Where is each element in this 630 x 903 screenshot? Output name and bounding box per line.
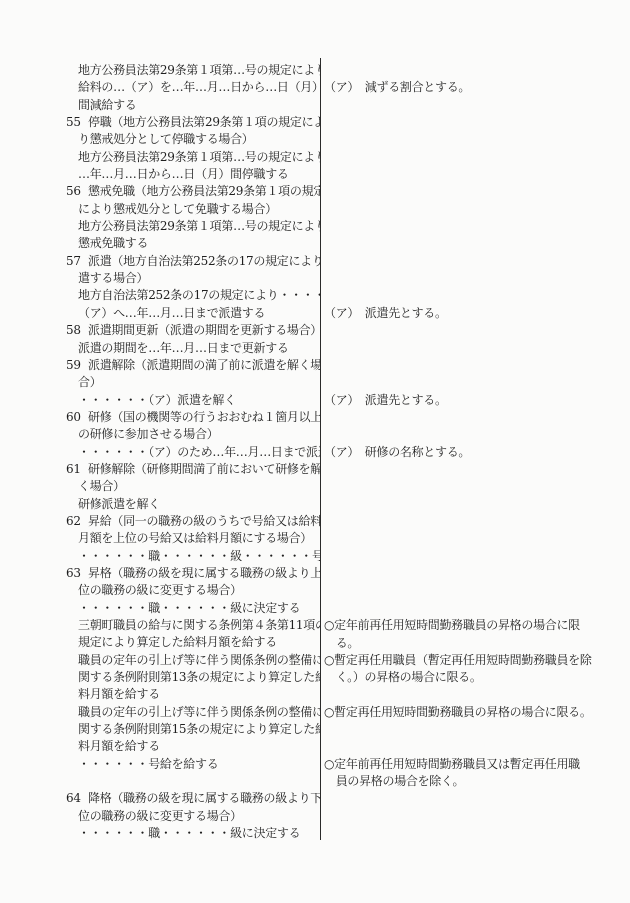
document-line: 職員の定年の引上げ等に伴う関係条例の整備に xyxy=(0,704,320,721)
document-line: 職員の定年の引上げ等に伴う関係条例の整備に xyxy=(0,652,320,669)
note-text: ○定年前再任用短時間勤務職員の昇格の場合に限 xyxy=(324,618,580,632)
line-text: 月額を上位の号給又は給料月額にする場合） xyxy=(78,530,312,547)
note-text: ○定年前再任用短時間勤務職員又は暫定再任用職 xyxy=(324,757,580,771)
document-line: 位の職務の級に変更する場合） xyxy=(0,582,320,599)
line-text: 懲戒免職（地方公務員法第29条第１項の規定 xyxy=(88,183,320,200)
document-line: 派遣の期間を…年…月…日まで更新する xyxy=(0,340,320,357)
item-number: 62 xyxy=(66,513,81,530)
line-text: 給料の…（ア）を…年…月…日から…日（月） xyxy=(78,79,320,96)
line-text: ・・・・・・職・・・・・・級に決定する xyxy=(78,825,300,842)
line-text: 地方公務員法第29条第１項第…号の規定により xyxy=(78,149,320,166)
line-text: 地方自治法第252条の17の規定により・・・・・・ xyxy=(78,287,320,304)
annotation-note: （ア） 派遣先とする。 xyxy=(324,305,447,322)
document-line: 遣する場合） xyxy=(0,270,320,287)
note-text: （ア） 研修の名称とする。 xyxy=(324,445,470,459)
annotation-note: る。 xyxy=(324,635,359,652)
note-text: く。）の昇格の場合に限る。 xyxy=(324,670,482,684)
line-text: の研修に参加させる場合） xyxy=(78,426,218,443)
document-line: 57 派遣（地方自治法第252条の17の規定により派 xyxy=(0,253,320,270)
line-text: 料月額を給する xyxy=(78,686,160,703)
document-line: ・・・・・・号給を給する xyxy=(0,756,320,773)
item-number: 59 xyxy=(66,357,81,374)
line-text: 関する条例附則第13条の規定により算定した給 xyxy=(78,669,320,686)
line-text: 停職（地方公務員法第29条第１項の規定によ xyxy=(88,114,320,131)
line-text: 職員の定年の引上げ等に伴う関係条例の整備に xyxy=(78,652,320,669)
item-number: 57 xyxy=(66,253,81,270)
document-line: 位の職務の級に変更する場合） xyxy=(0,808,320,825)
document-line: 月額を上位の号給又は給料月額にする場合） xyxy=(0,530,320,547)
annotation-note: （ア） 派遣先とする。 xyxy=(324,392,447,409)
document-line: …年…月…日から…日（月）間停職する xyxy=(0,166,320,183)
document-line: 55 停職（地方公務員法第29条第１項の規定によ xyxy=(0,114,320,131)
document-line: 63 昇格（職務の級を現に属する職務の級より上 xyxy=(0,565,320,582)
line-text: 研修派遣を解く xyxy=(78,496,160,513)
document-line: 三朝町職員の給与に関する条例第４条第11項の xyxy=(0,617,320,634)
item-number: 55 xyxy=(66,114,81,131)
line-text: 合） xyxy=(78,374,101,391)
line-text: 派遣（地方自治法第252条の17の規定により派 xyxy=(88,253,320,270)
document-line: （ア）へ…年…月…日まで派遣する xyxy=(0,305,320,322)
item-number: 64 xyxy=(66,790,81,807)
document-line: 懲戒免職する xyxy=(0,235,320,252)
note-text: （ア） 派遣先とする。 xyxy=(324,393,447,407)
line-text: 地方公務員法第29条第１項第…号の規定により xyxy=(78,62,320,79)
document-line: 地方公務員法第29条第１項第…号の規定により xyxy=(0,62,320,79)
document-line: 間減給する xyxy=(0,97,320,114)
document-line: 関する条例附則第13条の規定により算定した給 xyxy=(0,669,320,686)
line-text: 派遣期間更新（派遣の期間を更新する場合） xyxy=(88,322,320,339)
line-text: 料月額を給する xyxy=(78,738,160,755)
document-line: ・・・・・・職・・・・・・級に決定する xyxy=(0,825,320,842)
note-text: ○暫定再任用職員（暫定再任用短時間勤務職員を除 xyxy=(324,653,592,667)
note-text: 員の昇格の場合を除く。 xyxy=(324,774,464,788)
note-text: （ア） 派遣先とする。 xyxy=(324,306,447,320)
line-text: り懲戒処分として停職する場合） xyxy=(78,131,254,148)
document-line: 58 派遣期間更新（派遣の期間を更新する場合） xyxy=(0,322,320,339)
line-text: ・・・・・・号給を給する xyxy=(78,756,218,773)
annotation-note: ○暫定再任用短時間勤務職員の昇格の場合に限る。 xyxy=(324,704,592,721)
annotation-note: （ア） 研修の名称とする。 xyxy=(324,444,470,461)
line-text: 昇給（同一の職務の級のうちで号給又は給料 xyxy=(88,513,320,530)
line-text: 降格（職務の級を現に属する職務の級より下 xyxy=(88,790,320,807)
item-number: 60 xyxy=(66,409,81,426)
document-line: ・・・・・・（ア）派遣を解く xyxy=(0,392,320,409)
document-line: 関する条例附則第15条の規定により算定した給 xyxy=(0,721,320,738)
document-page: 地方公務員法第29条第１項第…号の規定により 給料の…（ア）を…年…月…日から…… xyxy=(0,0,630,903)
line-text: 昇格（職務の級を現に属する職務の級より上 xyxy=(88,565,320,582)
document-line: 56 懲戒免職（地方公務員法第29条第１項の規定 xyxy=(0,183,320,200)
line-text: ・・・・・・（ア）派遣を解く xyxy=(78,392,236,409)
document-line: により懲戒処分として免職する場合） xyxy=(0,201,320,218)
note-text: （ア） 減ずる割合とする。 xyxy=(324,80,470,94)
document-line: 料月額を給する xyxy=(0,686,320,703)
document-line xyxy=(0,773,320,790)
note-text: る。 xyxy=(324,636,359,650)
line-text: ・・・・・・（ア）のため…年…月…日まで派遣する xyxy=(78,444,320,461)
document-line: 研修派遣を解く xyxy=(0,496,320,513)
document-line: り懲戒処分として停職する場合） xyxy=(0,131,320,148)
document-line: 59 派遣解除（派遣期間の満了前に派遣を解く場 xyxy=(0,357,320,374)
document-line: 料月額を給する xyxy=(0,738,320,755)
document-line: 合） xyxy=(0,374,320,391)
document-line: 61 研修解除（研修期間満了前において研修を解 xyxy=(0,461,320,478)
line-text: 研修解除（研修期間満了前において研修を解 xyxy=(88,461,320,478)
document-line: 地方自治法第252条の17の規定により・・・・・・ xyxy=(0,287,320,304)
document-line: 地方公務員法第29条第１項第…号の規定により xyxy=(0,218,320,235)
line-text: ・・・・・・職・・・・・・級・・・・・・号給を給する xyxy=(78,548,320,565)
line-text: 遣する場合） xyxy=(78,270,148,287)
line-text: 地方公務員法第29条第１項第…号の規定により xyxy=(78,218,320,235)
note-text: ○暫定再任用短時間勤務職員の昇格の場合に限る。 xyxy=(324,705,592,719)
item-number: 58 xyxy=(66,322,81,339)
annotation-note: ○暫定再任用職員（暫定再任用短時間勤務職員を除 xyxy=(324,652,592,669)
annotation-note: く。）の昇格の場合に限る。 xyxy=(324,669,482,686)
line-text: 職員の定年の引上げ等に伴う関係条例の整備に xyxy=(78,704,320,721)
line-text: 関する条例附則第15条の規定により算定した給 xyxy=(78,721,320,738)
item-number: 56 xyxy=(66,183,81,200)
line-text: により懲戒処分として免職する場合） xyxy=(78,201,277,218)
annotation-note: 員の昇格の場合を除く。 xyxy=(324,773,464,790)
document-line: 60 研修（国の機関等の行うおおむね１箇月以上 xyxy=(0,409,320,426)
document-line: く場合） xyxy=(0,478,320,495)
document-line: 62 昇給（同一の職務の級のうちで号給又は給料 xyxy=(0,513,320,530)
line-text: 研修（国の機関等の行うおおむね１箇月以上 xyxy=(88,409,320,426)
document-line: ・・・・・・職・・・・・・級に決定する xyxy=(0,600,320,617)
annotation-note: ○定年前再任用短時間勤務職員の昇格の場合に限 xyxy=(324,617,580,634)
line-text: …年…月…日から…日（月）間停職する xyxy=(78,166,289,183)
document-line: 64 降格（職務の級を現に属する職務の級より下 xyxy=(0,790,320,807)
document-line: 給料の…（ア）を…年…月…日から…日（月） xyxy=(0,79,320,96)
annotation-note: （ア） 減ずる割合とする。 xyxy=(324,79,470,96)
column-divider xyxy=(320,58,321,840)
left-column: 地方公務員法第29条第１項第…号の規定により 給料の…（ア）を…年…月…日から…… xyxy=(0,62,320,842)
item-number: 63 xyxy=(66,565,81,582)
line-text: ・・・・・・職・・・・・・級に決定する xyxy=(78,600,300,617)
annotation-note: ○定年前再任用短時間勤務職員又は暫定再任用職 xyxy=(324,756,580,773)
line-text: 三朝町職員の給与に関する条例第４条第11項の xyxy=(78,617,320,634)
line-text: 派遣の期間を…年…月…日まで更新する xyxy=(78,340,289,357)
line-text: 位の職務の級に変更する場合） xyxy=(78,582,242,599)
document-line: 地方公務員法第29条第１項第…号の規定により xyxy=(0,149,320,166)
line-text: 位の職務の級に変更する場合） xyxy=(78,808,242,825)
line-text: 懲戒免職する xyxy=(78,235,148,252)
right-column: （ア） 減ずる割合とする。 （ア） 派遣先とする。 （ア） 派遣先とする。 （ア… xyxy=(324,0,630,903)
document-line: の研修に参加させる場合） xyxy=(0,426,320,443)
document-line: ・・・・・・職・・・・・・級・・・・・・号給を給する xyxy=(0,548,320,565)
line-text: （ア）へ…年…月…日まで派遣する xyxy=(78,305,265,322)
document-line: ・・・・・・（ア）のため…年…月…日まで派遣する xyxy=(0,444,320,461)
document-line: 規定により算定した給料月額を給する xyxy=(0,634,320,651)
line-text: 派遣解除（派遣期間の満了前に派遣を解く場 xyxy=(88,357,320,374)
line-text: く場合） xyxy=(78,478,125,495)
item-number: 61 xyxy=(66,461,81,478)
line-text: 間減給する xyxy=(78,97,137,114)
line-text: 規定により算定した給料月額を給する xyxy=(78,634,277,651)
